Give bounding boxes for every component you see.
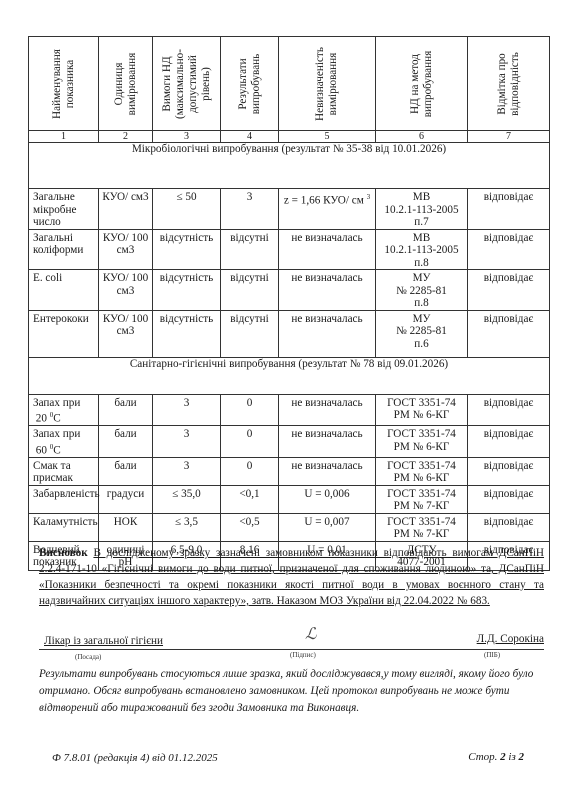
cell-result: відсутні <box>221 310 279 357</box>
results-table: Найменування показника Одиниця вимірюван… <box>28 36 550 571</box>
cell-requirement: 3 <box>153 457 221 485</box>
cell-uncertainty: не визначалась <box>279 229 376 270</box>
cell-result: 3 <box>221 189 279 230</box>
cell-name: Смак та присмак <box>29 457 99 485</box>
cell-unit: бали <box>99 394 153 426</box>
cell-requirement: ≤ 3,5 <box>153 513 221 541</box>
page-number: Стор. 2 із 2 <box>468 751 524 763</box>
cell-result: відсутні <box>221 229 279 270</box>
column-number: 3 <box>153 131 221 143</box>
table-row: КаламутністьНОК≤ 3,5<0,5U = 0,007ГОСТ 33… <box>29 513 550 541</box>
column-number: 4 <box>221 131 279 143</box>
cell-uncertainty: не визначалась <box>279 426 376 458</box>
table-row: Загальне мікробне числоКУО/ см3≤ 503z = … <box>29 189 550 230</box>
header-compliance: Відмітка про відповідність <box>468 37 550 131</box>
cell-unit: КУО/ 100 см3 <box>99 310 153 357</box>
cell-result: 0 <box>221 457 279 485</box>
signature-name: Л.Д. Сорокіна <box>477 633 544 645</box>
position-caption: (Посада) <box>75 653 101 661</box>
signature-line <box>39 649 544 650</box>
cell-name: Загальні коліформи <box>29 229 99 270</box>
cell-uncertainty: не визначалась <box>279 270 376 311</box>
cell-result: <0,5 <box>221 513 279 541</box>
header-name: Найменування показника <box>29 37 99 131</box>
column-number: 7 <box>468 131 550 143</box>
section-title: Мікробіологічні випробування (результат … <box>29 143 550 189</box>
disclaimer: Результати випробувань стосуються лише з… <box>39 666 544 717</box>
cell-method: ГОСТ 3351-74РМ № 7-КГ <box>376 485 468 513</box>
conclusion-text: В дослідженому зразку зазначені замовник… <box>39 547 544 607</box>
cell-name: Каламутність <box>29 513 99 541</box>
cell-compliance: відповідає <box>468 189 550 230</box>
column-number: 5 <box>279 131 376 143</box>
cell-compliance: відповідає <box>468 485 550 513</box>
cell-name: Загальне мікробне число <box>29 189 99 230</box>
conclusion-label: Висновок <box>39 547 88 559</box>
header-row: Найменування показника Одиниця вимірюван… <box>29 37 550 131</box>
cell-method: ГОСТ 3351-74РМ № 6-КГ <box>376 426 468 458</box>
cell-compliance: відповідає <box>468 513 550 541</box>
column-numbers-row: 1 2 3 4 5 6 7 <box>29 131 550 143</box>
cell-name: E. coli <box>29 270 99 311</box>
cell-requirement: відсутність <box>153 229 221 270</box>
cell-method: ГОСТ 3351-74РМ № 6-КГ <box>376 394 468 426</box>
cell-name: Забарвленість <box>29 485 99 513</box>
signature-mark: ℒ <box>305 624 317 644</box>
cell-result: <0,1 <box>221 485 279 513</box>
cell-method: МВ10.2.1-113-2005п.7 <box>376 189 468 230</box>
cell-name: Запах при 20 0С <box>29 394 99 426</box>
table-row: Забарвленістьградуси≤ 35,0<0,1U = 0,006Г… <box>29 485 550 513</box>
cell-uncertainty: U = 0,007 <box>279 513 376 541</box>
header-uncertainty: Невизначеність вимірювання <box>279 37 376 131</box>
cell-unit: градуси <box>99 485 153 513</box>
conclusion: Висновок В дослідженому зразку зазначені… <box>39 545 544 609</box>
cell-unit: бали <box>99 457 153 485</box>
signature-position: Лікар із загальної гігієни <box>44 635 163 647</box>
cell-compliance: відповідає <box>468 270 550 311</box>
cell-uncertainty: z = 1,66 КУО/ см 3 <box>279 189 376 230</box>
form-number: Ф 7.8.01 (редакція 4) від 01.12.2025 <box>52 752 218 764</box>
section-row: Мікробіологічні випробування (результат … <box>29 143 550 189</box>
cell-compliance: відповідає <box>468 310 550 357</box>
cell-method: МУ№ 2285-81п.6 <box>376 310 468 357</box>
cell-name: Запах при 60 0С <box>29 426 99 458</box>
table-row: E. coliКУО/ 100 см3відсутністьвідсутніне… <box>29 270 550 311</box>
cell-method: ГОСТ 3351-74РМ № 6-КГ <box>376 457 468 485</box>
cell-result: 0 <box>221 394 279 426</box>
table-row: Смак та присмакбали30не визначаласьГОСТ … <box>29 457 550 485</box>
column-number: 1 <box>29 131 99 143</box>
header-requirement: Вимоги НД (максимально- допустимий рівен… <box>153 37 221 131</box>
header-result: Результати випробувань <box>221 37 279 131</box>
header-unit: Одиниця вимірювання <box>99 37 153 131</box>
signature-caption: (Підпис) <box>290 651 316 659</box>
cell-result: відсутні <box>221 270 279 311</box>
cell-compliance: відповідає <box>468 229 550 270</box>
name-caption: (ПІБ) <box>484 651 500 659</box>
cell-method: ГОСТ 3351-74РМ № 7-КГ <box>376 513 468 541</box>
cell-requirement: ≤ 50 <box>153 189 221 230</box>
column-number: 6 <box>376 131 468 143</box>
table-row: ЕнтерококиКУО/ 100 см3відсутністьвідсутн… <box>29 310 550 357</box>
cell-requirement: 3 <box>153 394 221 426</box>
section-title: Санітарно-гігієнічні випробування (резул… <box>29 357 550 394</box>
cell-result: 0 <box>221 426 279 458</box>
cell-name: Ентерококи <box>29 310 99 357</box>
cell-compliance: відповідає <box>468 394 550 426</box>
table-row: Запах при 60 0Сбали30не визначаласьГОСТ … <box>29 426 550 458</box>
cell-uncertainty: не визначалась <box>279 310 376 357</box>
table-row: Загальні коліформиКУО/ 100 см3відсутніст… <box>29 229 550 270</box>
cell-requirement: ≤ 35,0 <box>153 485 221 513</box>
cell-uncertainty: не визначалась <box>279 394 376 426</box>
cell-unit: НОК <box>99 513 153 541</box>
cell-uncertainty: не визначалась <box>279 457 376 485</box>
header-method: НД на метод випробування <box>376 37 468 131</box>
cell-requirement: відсутність <box>153 270 221 311</box>
cell-unit: КУО/ 100 см3 <box>99 229 153 270</box>
cell-unit: бали <box>99 426 153 458</box>
cell-method: МУ№ 2285-81п.8 <box>376 270 468 311</box>
section-row: Санітарно-гігієнічні випробування (резул… <box>29 357 550 394</box>
column-number: 2 <box>99 131 153 143</box>
cell-requirement: 3 <box>153 426 221 458</box>
cell-compliance: відповідає <box>468 426 550 458</box>
cell-requirement: відсутність <box>153 310 221 357</box>
table-row: Запах при 20 0Сбали30не визначаласьГОСТ … <box>29 394 550 426</box>
cell-compliance: відповідає <box>468 457 550 485</box>
cell-method: МВ10.2.1-113-2005п.8 <box>376 229 468 270</box>
cell-unit: КУО/ см3 <box>99 189 153 230</box>
cell-uncertainty: U = 0,006 <box>279 485 376 513</box>
cell-unit: КУО/ 100 см3 <box>99 270 153 311</box>
